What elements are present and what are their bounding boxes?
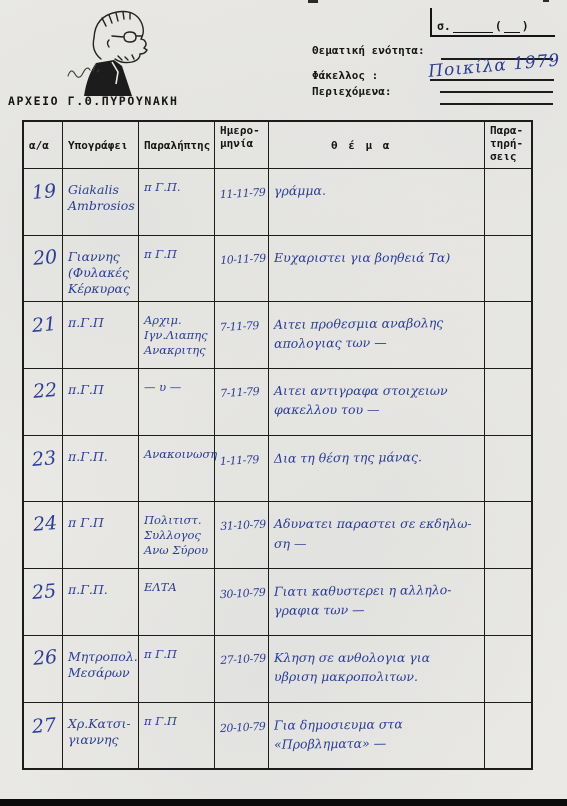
paren-close: ) xyxy=(522,19,529,33)
table-row: 20Γιαννης (Φυλακές Κέρκυραςπ Γ.Π10-11-79… xyxy=(24,236,531,303)
handwritten-num: 25 xyxy=(31,579,57,606)
handwritten-signer: Γιαννης (Φυλακές Κέρκυρας xyxy=(68,249,136,298)
handwritten-subject: Για δημοσιευμα στα «Προβληματα» — xyxy=(274,714,403,754)
cell-num: 25 xyxy=(24,569,63,635)
handwritten-num: 27 xyxy=(31,712,57,739)
header-recipient: Παραλήπτης xyxy=(139,122,215,168)
cell-signer: π.Γ.Π. xyxy=(63,436,139,502)
cell-subject: Αιτει προθεσμια αναβολης απολογιας των — xyxy=(269,302,485,368)
cell-num: 26 xyxy=(24,636,63,702)
cell-date: 10-11-79 xyxy=(215,236,269,302)
table-body: 19Giakalis Ambrosiosπ Γ.Π.11-11-79γράμμα… xyxy=(24,169,531,768)
paren-open: ( xyxy=(495,19,502,33)
handwritten-signer: π.Γ.Π xyxy=(68,382,104,398)
cell-signer: π Γ.Π xyxy=(63,502,139,568)
handwritten-date: 7-11-79 xyxy=(220,385,260,401)
handwritten-recipient: ΕΛΤΑ xyxy=(144,580,177,595)
handwritten-date: 11-11-79 xyxy=(220,186,266,203)
handwritten-recipient: Ανακοινωση xyxy=(144,447,217,462)
cell-signer: Γιαννης (Φυλακές Κέρκυρας xyxy=(63,236,139,302)
table-header-row: α/α Υπογράφει Παραλήπτης Ημερο- μηνία θ … xyxy=(24,122,531,169)
handwritten-subject: γράμμα. xyxy=(274,181,326,201)
cell-notes xyxy=(485,169,531,235)
handwritten-subject: Αδυνατει παραστει σε εκδηλω- ση — xyxy=(274,514,472,553)
cell-notes xyxy=(485,569,531,635)
contents-label: Περιεχόμενα: xyxy=(312,85,391,98)
folder-value-handwritten: Ποικίλα 1979 α. xyxy=(427,47,567,83)
page-count-blank xyxy=(504,22,520,33)
handwritten-num: 21 xyxy=(31,312,57,339)
handwritten-recipient: — υ — xyxy=(144,380,181,395)
cell-subject: Κληση σε ανθολογια για υβριση μακροπολιτ… xyxy=(269,636,485,702)
handwritten-recipient: Πολιτιστ. Συλλογος Ανω Σύρου xyxy=(144,513,208,558)
handwritten-recipient: π Γ.Π xyxy=(144,647,177,662)
handwritten-num: 22 xyxy=(32,378,58,405)
page-number-blank xyxy=(453,22,493,33)
handwritten-subject: Κληση σε ανθολογια για υβριση μακροπολιτ… xyxy=(274,648,430,687)
cell-signer: Μητροπολ. Μεσάρων xyxy=(63,636,139,702)
table-row: 21π.Γ.ΠΑρχιμ. Ιγν.Λιαπης Ανακριτης7-11-7… xyxy=(24,302,531,369)
cell-notes xyxy=(485,436,531,502)
handwritten-recipient: Αρχιμ. Ιγν.Λιαπης Ανακριτης xyxy=(144,313,208,358)
handwritten-subject: Ευχαριστει για βοηθειά Τα) xyxy=(274,248,450,267)
cell-subject: Αδυνατει παραστει σε εκδηλω- ση — xyxy=(269,502,485,568)
handwritten-subject: Αιτει προθεσμια αναβολης απολογιας των — xyxy=(274,313,444,354)
cell-recipient: Ανακοινωση xyxy=(139,436,215,502)
header-num: α/α xyxy=(24,122,63,168)
handwritten-signer: π.Γ.Π xyxy=(68,315,104,331)
cell-signer: Χρ.Κατσι- γιαννης xyxy=(63,703,139,769)
cell-notes xyxy=(485,636,531,702)
cell-subject: Αιτει αντιγραφα στοιχειων φακελλου του — xyxy=(269,369,485,435)
handwritten-signer: Giakalis Ambrosios xyxy=(68,182,135,215)
cell-recipient: π Γ.Π. xyxy=(139,169,215,235)
handwritten-date: 27-10-79 xyxy=(220,651,266,668)
header-date: Ημερο- μηνία xyxy=(215,122,269,168)
handwritten-subject: Αιτει αντιγραφα στοιχειων φακελλου του — xyxy=(274,381,448,420)
handwritten-num: 19 xyxy=(31,179,57,206)
cell-subject: Για δημοσιευμα στα «Προβληματα» — xyxy=(269,703,485,769)
table-row: 23π.Γ.Π.Ανακοινωση1-11-79Δια τη θέση της… xyxy=(24,436,531,503)
cell-num: 20 xyxy=(24,236,63,302)
contents-line-2 xyxy=(440,103,553,105)
cell-recipient: π Γ.Π xyxy=(139,703,215,769)
cell-recipient: Πολιτιστ. Συλλογος Ανω Σύρου xyxy=(139,502,215,568)
cell-subject: Ευχαριστει για βοηθειά Τα) xyxy=(269,236,485,302)
contents-line-1 xyxy=(440,91,553,93)
scan-speck xyxy=(308,0,318,3)
cell-notes xyxy=(485,703,531,769)
cell-subject: γράμμα. xyxy=(269,169,485,235)
handwritten-num: 20 xyxy=(32,245,58,272)
catalog-table: α/α Υπογράφει Παραλήπτης Ημερο- μηνία θ … xyxy=(22,120,533,770)
cell-num: 24 xyxy=(24,502,63,568)
table-row: 25π.Γ.Π.ΕΛΤΑ30-10-79Γιατι καθυστερει η α… xyxy=(24,569,531,636)
scanned-page: ΑΡΧΕΙΟ Γ.Θ.ΠΥΡΟΥΝΑΚΗ σ. ( ) Θεματική ενό… xyxy=(0,0,567,806)
cell-notes xyxy=(485,502,531,568)
table-row: 27Χρ.Κατσι- γιαννηςπ Γ.Π20-10-79Για δημο… xyxy=(24,703,531,769)
cell-recipient: ΕΛΤΑ xyxy=(139,569,215,635)
cell-date: 11-11-79 xyxy=(215,169,269,235)
cell-recipient: π Γ.Π xyxy=(139,236,215,302)
handwritten-date: 10-11-79 xyxy=(220,251,266,268)
cell-recipient: π Γ.Π xyxy=(139,636,215,702)
cell-notes xyxy=(485,302,531,368)
cell-num: 21 xyxy=(24,302,63,368)
handwritten-recipient: π Γ.Π xyxy=(144,714,177,729)
folder-label: Φάκελλος : xyxy=(312,69,378,82)
handwritten-date: 7-11-79 xyxy=(220,319,260,335)
table-row: 24π Γ.ΠΠολιτιστ. Συλλογος Ανω Σύρου31-10… xyxy=(24,502,531,569)
handwritten-signer: π.Γ.Π. xyxy=(68,449,108,465)
cell-date: 20-10-79 xyxy=(215,703,269,769)
cell-signer: π.Γ.Π. xyxy=(63,569,139,635)
cell-date: 7-11-79 xyxy=(215,302,269,368)
cell-recipient: — υ — xyxy=(139,369,215,435)
handwritten-signer: Χρ.Κατσι- γιαννης xyxy=(68,716,131,749)
handwritten-recipient: π Γ.Π xyxy=(144,247,177,262)
scan-speck xyxy=(543,0,549,2)
handwritten-num: 24 xyxy=(32,511,58,538)
handwritten-date: 31-10-79 xyxy=(220,518,266,535)
cell-signer: Giakalis Ambrosios xyxy=(63,169,139,235)
cell-recipient: Αρχιμ. Ιγν.Λιαπης Ανακριτης xyxy=(139,302,215,368)
handwritten-num: 26 xyxy=(32,645,58,672)
cell-subject: Γιατι καθυστερει η αλληλο- γραφια των — xyxy=(269,569,485,635)
page-number-box: σ. ( ) xyxy=(430,8,555,37)
cell-date: 1-11-79 xyxy=(215,436,269,502)
cell-notes xyxy=(485,369,531,435)
handwritten-subject: Γιατι καθυστερει η αλληλο- γραφια των — xyxy=(274,580,452,621)
handwritten-signer: π.Γ.Π. xyxy=(68,582,108,598)
table-row: 26Μητροπολ. Μεσάρωνπ Γ.Π27-10-79Κληση σε… xyxy=(24,636,531,703)
cell-date: 27-10-79 xyxy=(215,636,269,702)
cell-signer: π.Γ.Π xyxy=(63,369,139,435)
table-row: 19Giakalis Ambrosiosπ Γ.Π.11-11-79γράμμα… xyxy=(24,169,531,236)
cell-num: 27 xyxy=(24,703,63,769)
header-signer: Υπογράφει xyxy=(63,122,139,168)
header-notes: Παρα- τηρή- σεις xyxy=(485,122,531,168)
cell-subject: Δια τη θέση της μάνας. xyxy=(269,436,485,502)
handwritten-date: 30-10-79 xyxy=(220,586,266,603)
cell-date: 31-10-79 xyxy=(215,502,269,568)
cell-date: 7-11-79 xyxy=(215,369,269,435)
cell-notes xyxy=(485,236,531,302)
handwritten-recipient: π Γ.Π. xyxy=(144,180,181,195)
handwritten-signer: π Γ.Π xyxy=(68,515,104,531)
cell-num: 23 xyxy=(24,436,63,502)
cell-signer: π.Γ.Π xyxy=(63,302,139,368)
portrait-sketch-icon xyxy=(62,6,180,96)
handwritten-subject: Δια τη θέση της μάνας. xyxy=(274,447,422,468)
cell-num: 19 xyxy=(24,169,63,235)
archive-title: ΑΡΧΕΙΟ Γ.Θ.ΠΥΡΟΥΝΑΚΗ xyxy=(8,94,178,108)
handwritten-date: 1-11-79 xyxy=(220,453,260,469)
page-number-label: σ. xyxy=(437,19,451,33)
cell-date: 30-10-79 xyxy=(215,569,269,635)
handwritten-num: 23 xyxy=(31,446,57,473)
cell-num: 22 xyxy=(24,369,63,435)
header-subject: θ έ μ α xyxy=(269,122,485,168)
table-row: 22π.Γ.Π— υ —7-11-79Αιτει αντιγραφα στοιχ… xyxy=(24,369,531,436)
handwritten-signer: Μητροπολ. Μεσάρων xyxy=(68,649,138,682)
thematic-unit-label: Θεματική ενότητα: xyxy=(312,44,425,57)
scan-edge-strip xyxy=(0,799,567,806)
handwritten-date: 20-10-79 xyxy=(220,719,266,736)
